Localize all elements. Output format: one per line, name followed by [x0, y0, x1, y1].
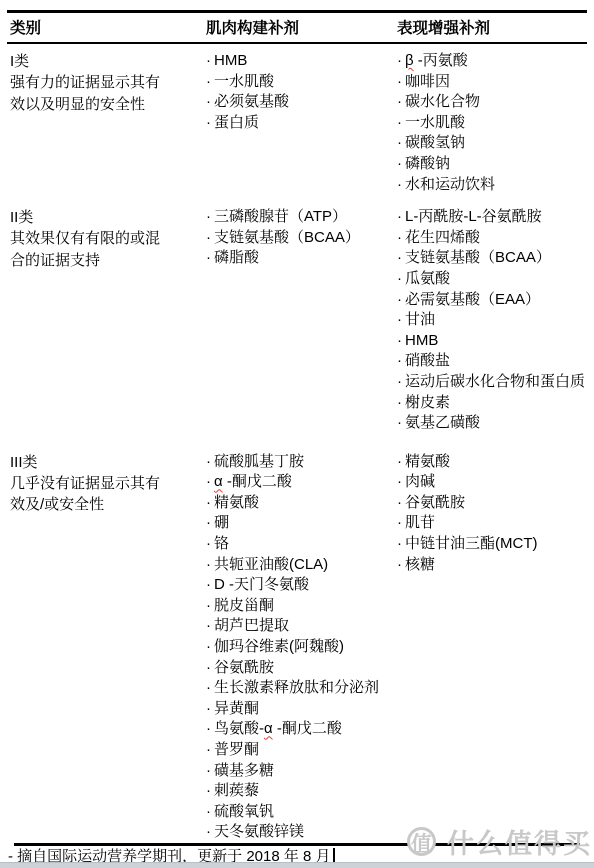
bullet-icon: ·: [397, 73, 402, 90]
supplement-item: ·蛋白质: [206, 113, 397, 134]
bullet-icon: ·: [397, 453, 402, 470]
supplement-item: ·HMB: [206, 51, 397, 72]
supplement-item: ·刺蒺藜: [206, 781, 397, 802]
bullet-icon: ·: [397, 134, 402, 151]
supplement-item: ·L-丙酰胺-L-谷氨酰胺: [397, 207, 585, 228]
bullet-icon: ·: [397, 270, 402, 287]
supplement-item: ·普罗酮: [206, 740, 397, 761]
supplement-item: ·脱皮甾酮: [206, 596, 397, 617]
bullet-icon: ·: [397, 352, 402, 369]
supplement-item: ·瓜氨酸: [397, 269, 585, 290]
muscle-supplement-list: ·三磷酸腺苷（ATP）·支链氨基酸（BCAA）·磷脂酸: [206, 207, 397, 434]
column-header-category: 类别: [7, 16, 206, 38]
bullet-icon: ·: [206, 803, 211, 820]
spellcheck-marked-text: α: [264, 720, 273, 737]
column-header-muscle-building: 肌肉构建补剂: [206, 16, 397, 38]
bullet-icon: ·: [206, 249, 211, 266]
supplement-item: ·磺基多糖: [206, 761, 397, 782]
supplement-item: ·运动后碳水化合物和蛋白质: [397, 372, 585, 393]
bullet-icon: ·: [206, 741, 211, 758]
category-cell: II类 其效果仅有有限的或混合的证据支持: [7, 207, 206, 434]
muscle-supplement-list: ·HMB·一水肌酸·必须氨基酸·蛋白质: [206, 51, 397, 195]
supplement-item: ·氨基乙磺酸: [397, 413, 585, 434]
bullet-icon: ·: [206, 617, 211, 634]
bullet-icon: ·: [206, 679, 211, 696]
muscle-supplement-list: ·硫酸胍基丁胺·α -酮戊二酸·精氨酸·硼·铬·共轭亚油酸(CLA)·D -天门…: [206, 452, 397, 843]
bullet-icon: ·: [397, 494, 402, 511]
supplement-item: ·一水肌酸: [206, 72, 397, 93]
supplement-item: ·花生四烯酸: [397, 228, 585, 249]
supplement-item: ·必需氨基酸（EAA）: [397, 290, 585, 311]
document-canvas[interactable]: 类别 肌肉构建补剂 表现增强补剂 I类 强有力的证据显示其有效以及明显的安全性 …: [0, 0, 594, 868]
supplement-item: ·支链氨基酸（BCAA）: [397, 248, 585, 269]
supplement-item: ·硫酸氧钒: [206, 802, 397, 823]
supplement-item: ·HMB: [397, 331, 585, 352]
bullet-icon: ·: [397, 514, 402, 531]
bullet-icon: ·: [206, 208, 211, 225]
category-label: I类: [10, 51, 206, 72]
bullet-icon: ·: [397, 208, 402, 225]
bullet-icon: ·: [206, 576, 211, 593]
bullet-icon: ·: [206, 494, 211, 511]
column-header-performance: 表现增强补剂: [397, 16, 585, 38]
bullet-icon: ·: [397, 52, 402, 69]
supplement-item: ·必须氨基酸: [206, 92, 397, 113]
supplement-item: ·中链甘油三酯(MCT): [397, 534, 585, 555]
bullet-icon: ·: [397, 414, 402, 431]
bullet-icon: ·: [206, 535, 211, 552]
bullet-icon: ·: [397, 176, 402, 193]
supplement-item: ·硼: [206, 513, 397, 534]
supplement-item: ·谷氨酰胺: [397, 493, 585, 514]
supplement-item: ·肉碱: [397, 472, 585, 493]
table-header-row: 类别 肌肉构建补剂 表现增强补剂: [7, 10, 587, 44]
supplement-item: ·碳水化合物: [397, 92, 585, 113]
category-label: II类: [10, 207, 206, 228]
supplement-item: ·精氨酸: [206, 493, 397, 514]
bullet-icon: ·: [206, 556, 211, 573]
bullet-icon: ·: [206, 638, 211, 655]
supplement-item: ·D -天门冬氨酸: [206, 575, 397, 596]
supplement-item: ·一水肌酸: [397, 113, 585, 134]
supplement-item: ·精氨酸: [397, 452, 585, 473]
bullet-icon: ·: [397, 114, 402, 131]
bullet-icon: ·: [206, 597, 211, 614]
spellcheck-marked-text: β: [405, 52, 414, 69]
bullet-icon: ·: [206, 114, 211, 131]
category-cell: I类 强有力的证据显示其有效以及明显的安全性: [7, 51, 206, 195]
supplement-item: ·天冬氨酸锌镁: [206, 822, 397, 843]
category-description: 其效果仅有有限的或混合的证据支持: [10, 228, 163, 271]
supplement-item: ·鸟氨酸-α -酮戊二酸: [206, 719, 397, 740]
table-row-category-3: III类 几乎没有证据显示其有效及/或安全性 ·硫酸胍基丁胺·α -酮戊二酸·精…: [7, 452, 587, 843]
bullet-icon: ·: [206, 52, 211, 69]
supplement-item: ·生长激素释放肽和分泌剂: [206, 678, 397, 699]
supplement-item: ·伽玛谷维素(阿魏酸): [206, 637, 397, 658]
supplement-item: ·β -丙氨酸: [397, 51, 585, 72]
bullet-icon: ·: [397, 229, 402, 246]
bullet-icon: ·: [206, 73, 211, 90]
supplement-item: ·磷脂酸: [206, 248, 397, 269]
bullet-icon: ·: [206, 720, 211, 737]
bullet-icon: ·: [397, 373, 402, 390]
bullet-icon: ·: [206, 782, 211, 799]
smzdm-logo-icon: 值: [407, 827, 436, 856]
category-label: III类: [10, 452, 206, 473]
bullet-icon: ·: [206, 453, 211, 470]
performance-supplement-list: ·精氨酸·肉碱·谷氨酰胺·肌苷·中链甘油三酯(MCT)·核糖: [397, 452, 585, 843]
bullet-icon: ·: [206, 762, 211, 779]
supplement-item: ·磷酸钠: [397, 154, 585, 175]
bullet-icon: ·: [397, 311, 402, 328]
supplement-item: ·铬: [206, 534, 397, 555]
supplements-table: 类别 肌肉构建补剂 表现增强补剂 I类 强有力的证据显示其有效以及明显的安全性 …: [7, 10, 587, 846]
bullet-icon: ·: [206, 473, 211, 490]
smzdm-watermark-text: 什么值得买: [447, 822, 592, 861]
supplement-item: ·谷氨酰胺: [206, 658, 397, 679]
category-cell: III类 几乎没有证据显示其有效及/或安全性: [7, 452, 206, 843]
supplement-item: ·甘油: [397, 310, 585, 331]
bullet-icon: ·: [206, 823, 211, 840]
supplement-item: ·水和运动饮料: [397, 175, 585, 196]
bullet-icon: ·: [397, 556, 402, 573]
supplement-item: ·共轭亚油酸(CLA): [206, 555, 397, 576]
bullet-icon: ·: [397, 535, 402, 552]
bullet-icon: ·: [397, 93, 402, 110]
bullet-icon: ·: [397, 332, 402, 349]
supplement-item: ·核糖: [397, 555, 585, 576]
bullet-icon: ·: [206, 229, 211, 246]
supplement-item: ·支链氨基酸（BCAA）: [206, 228, 397, 249]
category-description: 几乎没有证据显示其有效及/或安全性: [10, 473, 163, 516]
supplement-item: ·榭皮素: [397, 393, 585, 414]
table-row-category-2: II类 其效果仅有有限的或混合的证据支持 ·三磷酸腺苷（ATP）·支链氨基酸（B…: [7, 207, 587, 434]
bullet-icon: ·: [206, 93, 211, 110]
performance-supplement-list: ·L-丙酰胺-L-谷氨酰胺·花生四烯酸·支链氨基酸（BCAA）·瓜氨酸·必需氨基…: [397, 207, 585, 434]
bullet-icon: ·: [397, 249, 402, 266]
text-cursor-caret: [333, 848, 335, 863]
supplement-item: ·三磷酸腺苷（ATP）: [206, 207, 397, 228]
bullet-icon: ·: [397, 291, 402, 308]
bullet-icon: ·: [397, 155, 402, 172]
bullet-icon: ·: [206, 700, 211, 717]
bullet-icon: ·: [397, 394, 402, 411]
table-row-category-1: I类 强有力的证据显示其有效以及明显的安全性 ·HMB·一水肌酸·必须氨基酸·蛋…: [7, 44, 587, 195]
window-bottom-strip: [0, 862, 594, 868]
spellcheck-marked-text: α: [214, 473, 223, 490]
supplement-item: ·异黄酮: [206, 699, 397, 720]
bullet-icon: ·: [206, 659, 211, 676]
supplement-item: ·肌苷: [397, 513, 585, 534]
supplement-item: ·硫酸胍基丁胺: [206, 452, 397, 473]
supplement-item: ·碳酸氢钠: [397, 133, 585, 154]
performance-supplement-list: ·β -丙氨酸·咖啡因·碳水化合物·一水肌酸·碳酸氢钠·磷酸钠·水和运动饮料: [397, 51, 585, 195]
supplement-item: ·α -酮戊二酸: [206, 472, 397, 493]
smzdm-watermark: 值 什么值得买: [407, 822, 592, 861]
category-description: 强有力的证据显示其有效以及明显的安全性: [10, 72, 163, 115]
supplement-item: ·胡芦巴提取: [206, 616, 397, 637]
bullet-icon: ·: [397, 473, 402, 490]
supplement-item: ·咖啡因: [397, 72, 585, 93]
bullet-icon: ·: [206, 514, 211, 531]
supplement-item: ·硝酸盐: [397, 351, 585, 372]
